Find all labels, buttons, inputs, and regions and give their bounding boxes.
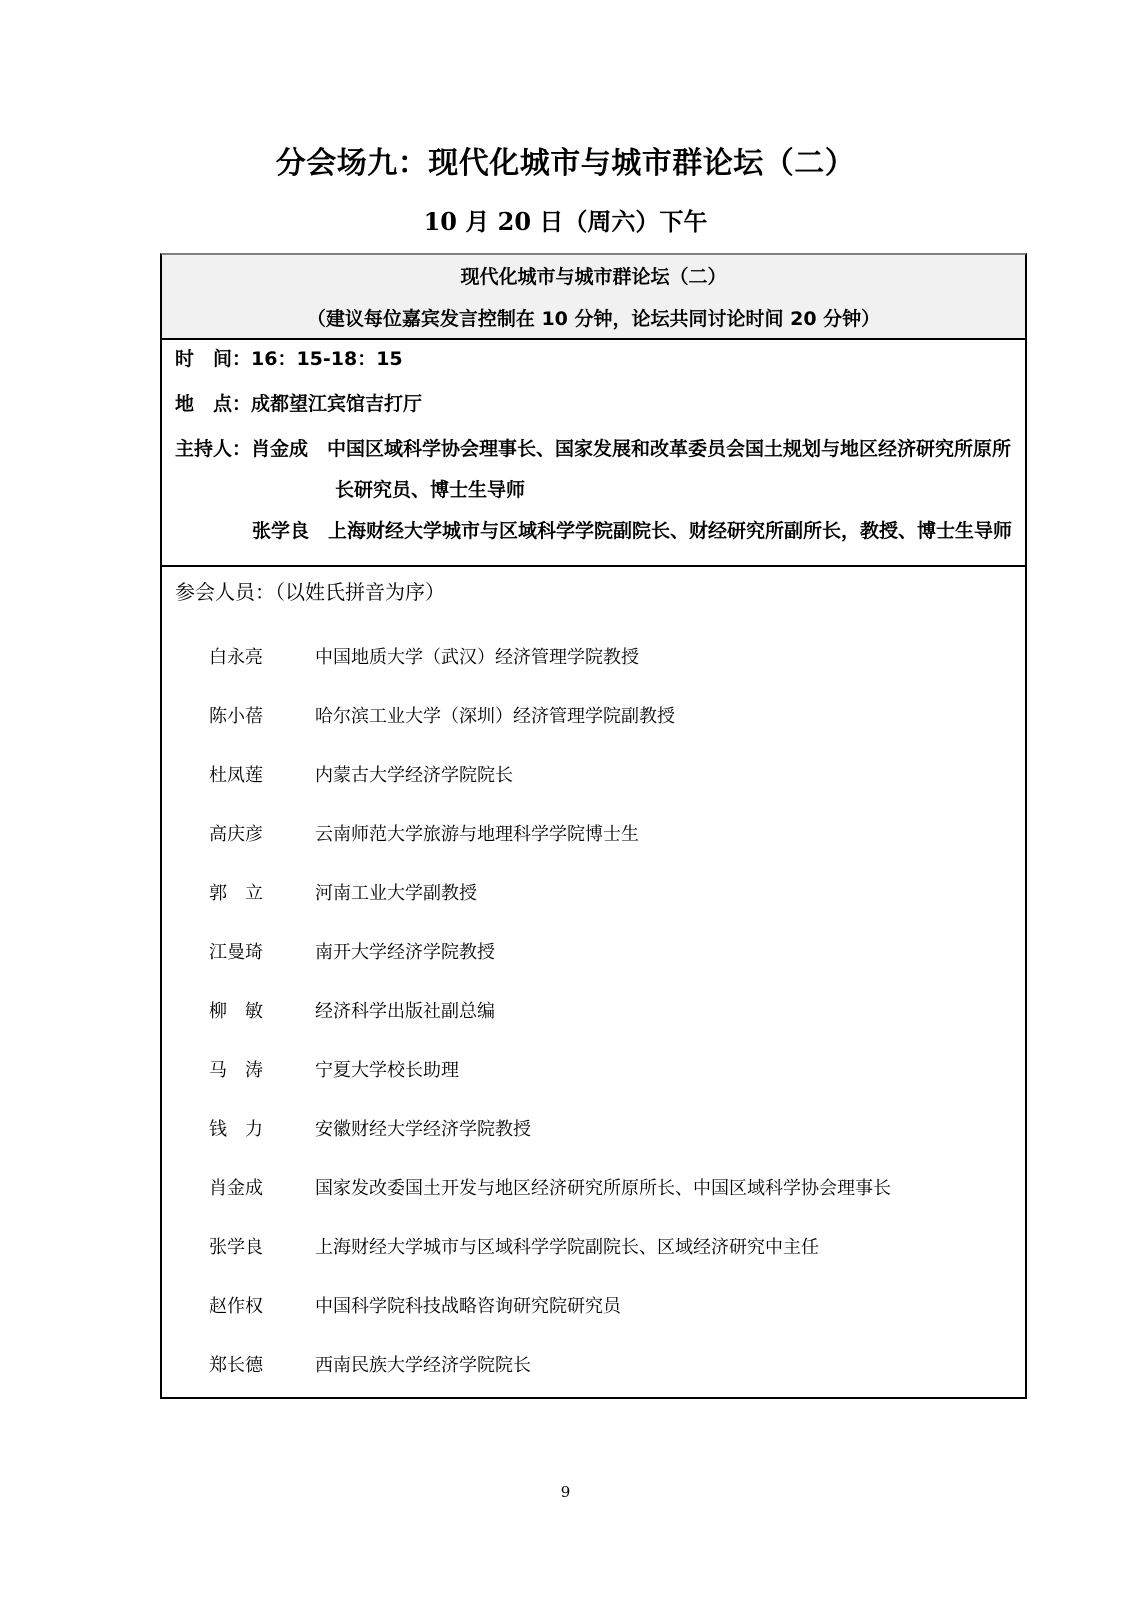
location-line: 地 点：成都望江宾馆吉打厅	[175, 394, 422, 415]
participant-affiliation: 哈尔滨工业大学（深圳）经济管理学院副教授	[315, 706, 1017, 727]
participant-name: 白永亮	[209, 647, 315, 668]
participants-list: 白永亮 中国地质大学（武汉）经济管理学院教授 陈小蓓 哈尔滨工业大学（深圳）经济…	[209, 647, 1017, 1414]
participant-row: 柳 敏 经济科学出版社副总编	[209, 1001, 1017, 1060]
participant-row: 陈小蓓 哈尔滨工业大学（深圳）经济管理学院副教授	[209, 706, 1017, 765]
host-line-3: 张学良 上海财经大学城市与区域科学学院副院长、财经研究所副所长，教授、博士生导师	[252, 521, 1012, 542]
participant-affiliation: 河南工业大学副教授	[315, 883, 1017, 904]
participants-heading: 参会人员：（以姓氏拼音为序）	[175, 580, 445, 604]
participant-row: 马 涛 宁夏大学校长助理	[209, 1060, 1017, 1119]
participant-row: 肖金成 国家发改委国土开发与地区经济研究所原所长、中国区域科学协会理事长	[209, 1178, 1017, 1237]
participant-affiliation: 内蒙古大学经济学院院长	[315, 765, 1017, 786]
participant-affiliation: 南开大学经济学院教授	[315, 942, 1017, 963]
participant-affiliation: 中国科学院科技战略咨询研究院研究员	[315, 1296, 1017, 1317]
time-line: 时 间：16：15-18：15	[175, 349, 403, 370]
participant-name: 郑长德	[209, 1355, 315, 1376]
participant-affiliation: 宁夏大学校长助理	[315, 1060, 1017, 1081]
participant-name: 柳 敏	[209, 1001, 315, 1022]
participant-name: 陈小蓓	[209, 706, 315, 727]
host-line-1: 主持人：肖金成 中国区域科学协会理事长、国家发展和改革委员会国土规划与地区经济研…	[175, 439, 1011, 460]
participant-row: 赵作权 中国科学院科技战略咨询研究院研究员	[209, 1296, 1017, 1355]
participant-row: 郑长德 西南民族大学经济学院院长	[209, 1355, 1017, 1414]
participants-section: 参会人员：（以姓氏拼音为序） 白永亮 中国地质大学（武汉）经济管理学院教授 陈小…	[162, 567, 1025, 1397]
participant-name: 钱 力	[209, 1119, 315, 1140]
participant-affiliation: 经济科学出版社副总编	[315, 1001, 1017, 1022]
page-title: 分会场九：现代化城市与城市群论坛（二）	[0, 147, 1131, 181]
participant-name: 肖金成	[209, 1178, 315, 1199]
participant-affiliation: 安徽财经大学经济学院教授	[315, 1119, 1017, 1140]
participant-affiliation: 中国地质大学（武汉）经济管理学院教授	[315, 647, 1017, 668]
participant-row: 郭 立 河南工业大学副教授	[209, 883, 1017, 942]
program-table: 现代化城市与城市群论坛（二） （建议每位嘉宾发言控制在 10 分钟，论坛共同讨论…	[160, 253, 1027, 1399]
participant-affiliation: 国家发改委国土开发与地区经济研究所原所长、中国区域科学协会理事长	[315, 1178, 1017, 1199]
host-line-2: 长研究员、博士生导师	[335, 480, 525, 501]
document-page: 分会场九：现代化城市与城市群论坛（二） 10 月 20 日（周六）下午 现代化城…	[0, 0, 1131, 1600]
date-subtitle: 10 月 20 日（周六）下午	[0, 208, 1131, 236]
forum-title: 现代化城市与城市群论坛（二）	[162, 266, 1025, 288]
participant-row: 白永亮 中国地质大学（武汉）经济管理学院教授	[209, 647, 1017, 706]
page-number: 9	[0, 1483, 1131, 1501]
participant-name: 江曼琦	[209, 942, 315, 963]
participant-name: 张学良	[209, 1237, 315, 1258]
participant-name: 高庆彦	[209, 824, 315, 845]
participant-name: 杜凤莲	[209, 765, 315, 786]
participant-row: 张学良 上海财经大学城市与区域科学学院副院长、区域经济研究中主任	[209, 1237, 1017, 1296]
participant-name: 郭 立	[209, 883, 315, 904]
forum-note: （建议每位嘉宾发言控制在 10 分钟，论坛共同讨论时间 20 分钟）	[162, 308, 1025, 330]
participant-row: 江曼琦 南开大学经济学院教授	[209, 942, 1017, 1001]
participant-affiliation: 西南民族大学经济学院院长	[315, 1355, 1017, 1376]
participant-affiliation: 云南师范大学旅游与地理科学学院博士生	[315, 824, 1017, 845]
participant-affiliation: 上海财经大学城市与区域科学学院副院长、区域经济研究中主任	[315, 1237, 1017, 1258]
participant-row: 杜凤莲 内蒙古大学经济学院院长	[209, 765, 1017, 824]
participant-name: 马 涛	[209, 1060, 315, 1081]
participant-row: 钱 力 安徽财经大学经济学院教授	[209, 1119, 1017, 1178]
participant-row: 高庆彦 云南师范大学旅游与地理科学学院博士生	[209, 824, 1017, 883]
participant-name: 赵作权	[209, 1296, 315, 1317]
table-header: 现代化城市与城市群论坛（二） （建议每位嘉宾发言控制在 10 分钟，论坛共同讨论…	[162, 255, 1025, 340]
session-details: 时 间：16：15-18：15 地 点：成都望江宾馆吉打厅 主持人：肖金成 中国…	[162, 340, 1025, 567]
